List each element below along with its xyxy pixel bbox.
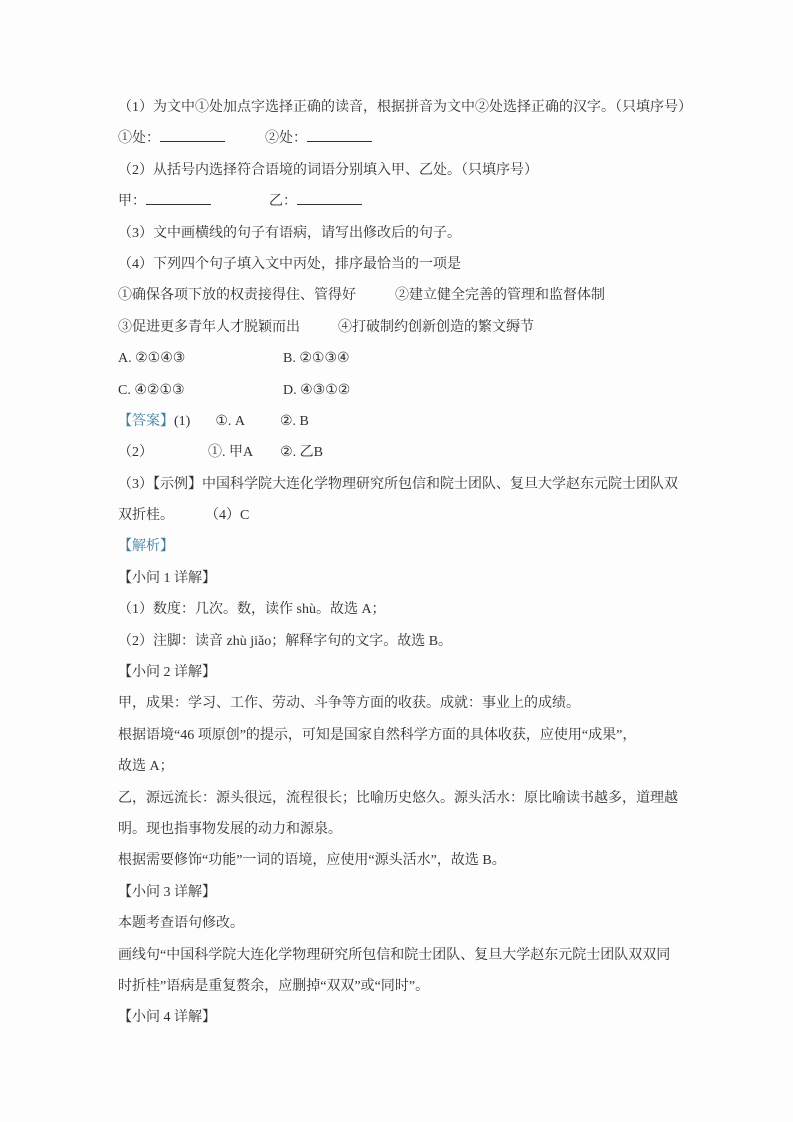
document-line: （2）①. 甲A②. 乙B (118, 437, 684, 468)
spacer (211, 204, 269, 205)
document-line: 【小问 2 详解】 (118, 657, 684, 688)
text-segment: 根据语境“46 项原创”的提示，可知是国家自然科学方面的具体收获，应使用“成果”… (118, 728, 636, 743)
text-segment: （4）下列四个句子填入文中丙处，排序最恰当的一项是 (118, 257, 461, 272)
text-segment: ①确保各项下放的权责接得住、管得好 (118, 280, 395, 311)
text-segment: 故选 A； (118, 759, 174, 774)
spacer (190, 424, 215, 425)
text-segment: （2）从括号内选择符合语境的词语分别填入甲、乙处。（只填序号） (118, 163, 538, 178)
text-segment: ④打破制约创新创造的繁文缛节 (338, 320, 534, 335)
document-line: 故选 A； (118, 751, 684, 782)
text-segment: （2） (118, 445, 153, 460)
document-line: （2）从括号内选择符合语境的词语分别填入甲、乙处。（只填序号） (118, 155, 684, 186)
document-line: （1）为文中①处加点字选择正确的读音，根据拼音为文中②处选择正确的汉字。（只填序… (118, 92, 684, 123)
text-segment: ①. A (215, 414, 245, 429)
document-line: 甲：乙： (118, 186, 684, 217)
text-segment: 【小问 3 详解】 (118, 885, 216, 900)
text-segment: （3）文中画横线的句子有语病，请写出修改后的句子。 (118, 226, 461, 241)
text-segment: C. ④②①③ (118, 375, 283, 406)
document-line: （1）数度：几次。数，读作 shù。故选 A； (118, 594, 684, 625)
answer-blank (146, 191, 211, 205)
spacer (245, 424, 280, 425)
text-segment: ②. B (280, 414, 309, 429)
text-segment: 甲，成果：学习、工作、劳动、斗争等方面的收获。成就：事业上的成绩。 (118, 696, 580, 711)
text-segment: （1）数度：几次。数，读作 shù。故选 A； (118, 602, 386, 617)
text-segment: 乙： (269, 194, 297, 209)
text-segment: 乙，源远流长：源头很远，流程很长；比喻历史悠久。源头活水：原比喻读书越多，道理越 (118, 791, 678, 806)
document-line: 乙，源远流长：源头很远，流程很长；比喻历史悠久。源头活水：原比喻读书越多，道理越 (118, 783, 684, 814)
text-segment: 双折桂。 (118, 508, 174, 523)
answer-blank (297, 191, 362, 205)
document-line: ①处：②处： (118, 123, 684, 154)
text-segment: 【小问 4 详解】 (118, 1010, 216, 1025)
text-segment: ③促进更多青年人才脱颖而出 (118, 312, 338, 343)
text-segment: ②建立健全完善的管理和监督体制 (395, 288, 605, 303)
text-segment: (1) (174, 414, 190, 429)
answer-blank (307, 128, 372, 142)
document-page: （1）为文中①处加点字选择正确的读音，根据拼音为文中②处选择正确的汉字。（只填序… (0, 0, 793, 1122)
text-segment: D. ④③①② (283, 383, 350, 398)
text-segment: （3）【示例】中国科学院大连化学物理研究所包信和院士团队、复旦大学赵东元院士团队… (118, 477, 678, 492)
text-segment: 甲： (118, 194, 146, 209)
text-segment: B. ②①③④ (283, 351, 350, 366)
document-line: 【小问 3 详解】 (118, 877, 684, 908)
text-segment: 本题考查语句修改。 (118, 916, 244, 931)
document-line: C. ④②①③D. ④③①② (118, 375, 684, 406)
text-segment: （1）为文中①处加点字选择正确的读音，根据拼音为文中②处选择正确的汉字。（只填序… (118, 100, 692, 115)
accent-marker-label: 【解析】 (118, 539, 174, 554)
document-line: 本题考查语句修改。 (118, 908, 684, 939)
document-line: 【小问 1 详解】 (118, 563, 684, 594)
spacer (174, 518, 205, 519)
accent-marker-label: 【答案】 (118, 414, 174, 429)
document-line: ③促进更多青年人才脱颖而出④打破制约创新创造的繁文缛节 (118, 312, 684, 343)
document-content: （1）为文中①处加点字选择正确的读音，根据拼音为文中②处选择正确的汉字。（只填序… (118, 92, 684, 1034)
document-line: 甲，成果：学习、工作、劳动、斗争等方面的收获。成就：事业上的成绩。 (118, 688, 684, 719)
text-segment: 【小问 1 详解】 (118, 571, 216, 586)
document-line: （3）【示例】中国科学院大连化学物理研究所包信和院士团队、复旦大学赵东元院士团队… (118, 469, 684, 500)
spacer (253, 455, 280, 456)
answer-blank (160, 128, 225, 142)
text-segment: （2）注脚：读音 zhù jiǎo；解释字句的文字。故选 B。 (118, 634, 452, 649)
document-line: （2）注脚：读音 zhù jiǎo；解释字句的文字。故选 B。 (118, 626, 684, 657)
text-segment: ①. 甲A (208, 445, 253, 460)
document-line: 画线句“中国科学院大连化学物理研究所包信和院士团队、复旦大学赵东元院士团队双双同 (118, 940, 684, 971)
document-line: 双折桂。（4）C (118, 500, 684, 531)
spacer (153, 455, 208, 456)
document-line: 明。现也指事物发展的动力和源泉。 (118, 814, 684, 845)
text-segment: 根据需要修饰“功能”一词的语境，应使用“源头活水”，故选 B。 (118, 853, 506, 868)
document-line: ①确保各项下放的权责接得住、管得好②建立健全完善的管理和监督体制 (118, 280, 684, 311)
document-line: 根据语境“46 项原创”的提示，可知是国家自然科学方面的具体收获，应使用“成果”… (118, 720, 684, 751)
text-segment: ①处： (118, 131, 160, 146)
text-segment: 画线句“中国科学院大连化学物理研究所包信和院士团队、复旦大学赵东元院士团队双双同 (118, 948, 670, 963)
document-line: 【答案】(1)①. A②. B (118, 406, 684, 437)
document-line: 时折桂”语病是重复赘余，应删掉“双双”或“同时”。 (118, 971, 684, 1002)
text-segment: A. ②①④③ (118, 343, 283, 374)
document-line: 【小问 4 详解】 (118, 1002, 684, 1033)
text-segment: 明。现也指事物发展的动力和源泉。 (118, 822, 342, 837)
text-segment: 【小问 2 详解】 (118, 665, 216, 680)
spacer (225, 141, 265, 142)
text-segment: ②处： (265, 131, 307, 146)
document-line: （3）文中画横线的句子有语病，请写出修改后的句子。 (118, 218, 684, 249)
text-segment: ②. 乙B (280, 445, 323, 460)
document-line: 根据需要修饰“功能”一词的语境，应使用“源头活水”，故选 B。 (118, 845, 684, 876)
document-line: 【解析】 (118, 531, 684, 562)
document-line: （4）下列四个句子填入文中丙处，排序最恰当的一项是 (118, 249, 684, 280)
text-segment: 时折桂”语病是重复赘余，应删掉“双双”或“同时”。 (118, 979, 429, 994)
document-line: A. ②①④③B. ②①③④ (118, 343, 684, 374)
text-segment: （4）C (205, 508, 249, 523)
